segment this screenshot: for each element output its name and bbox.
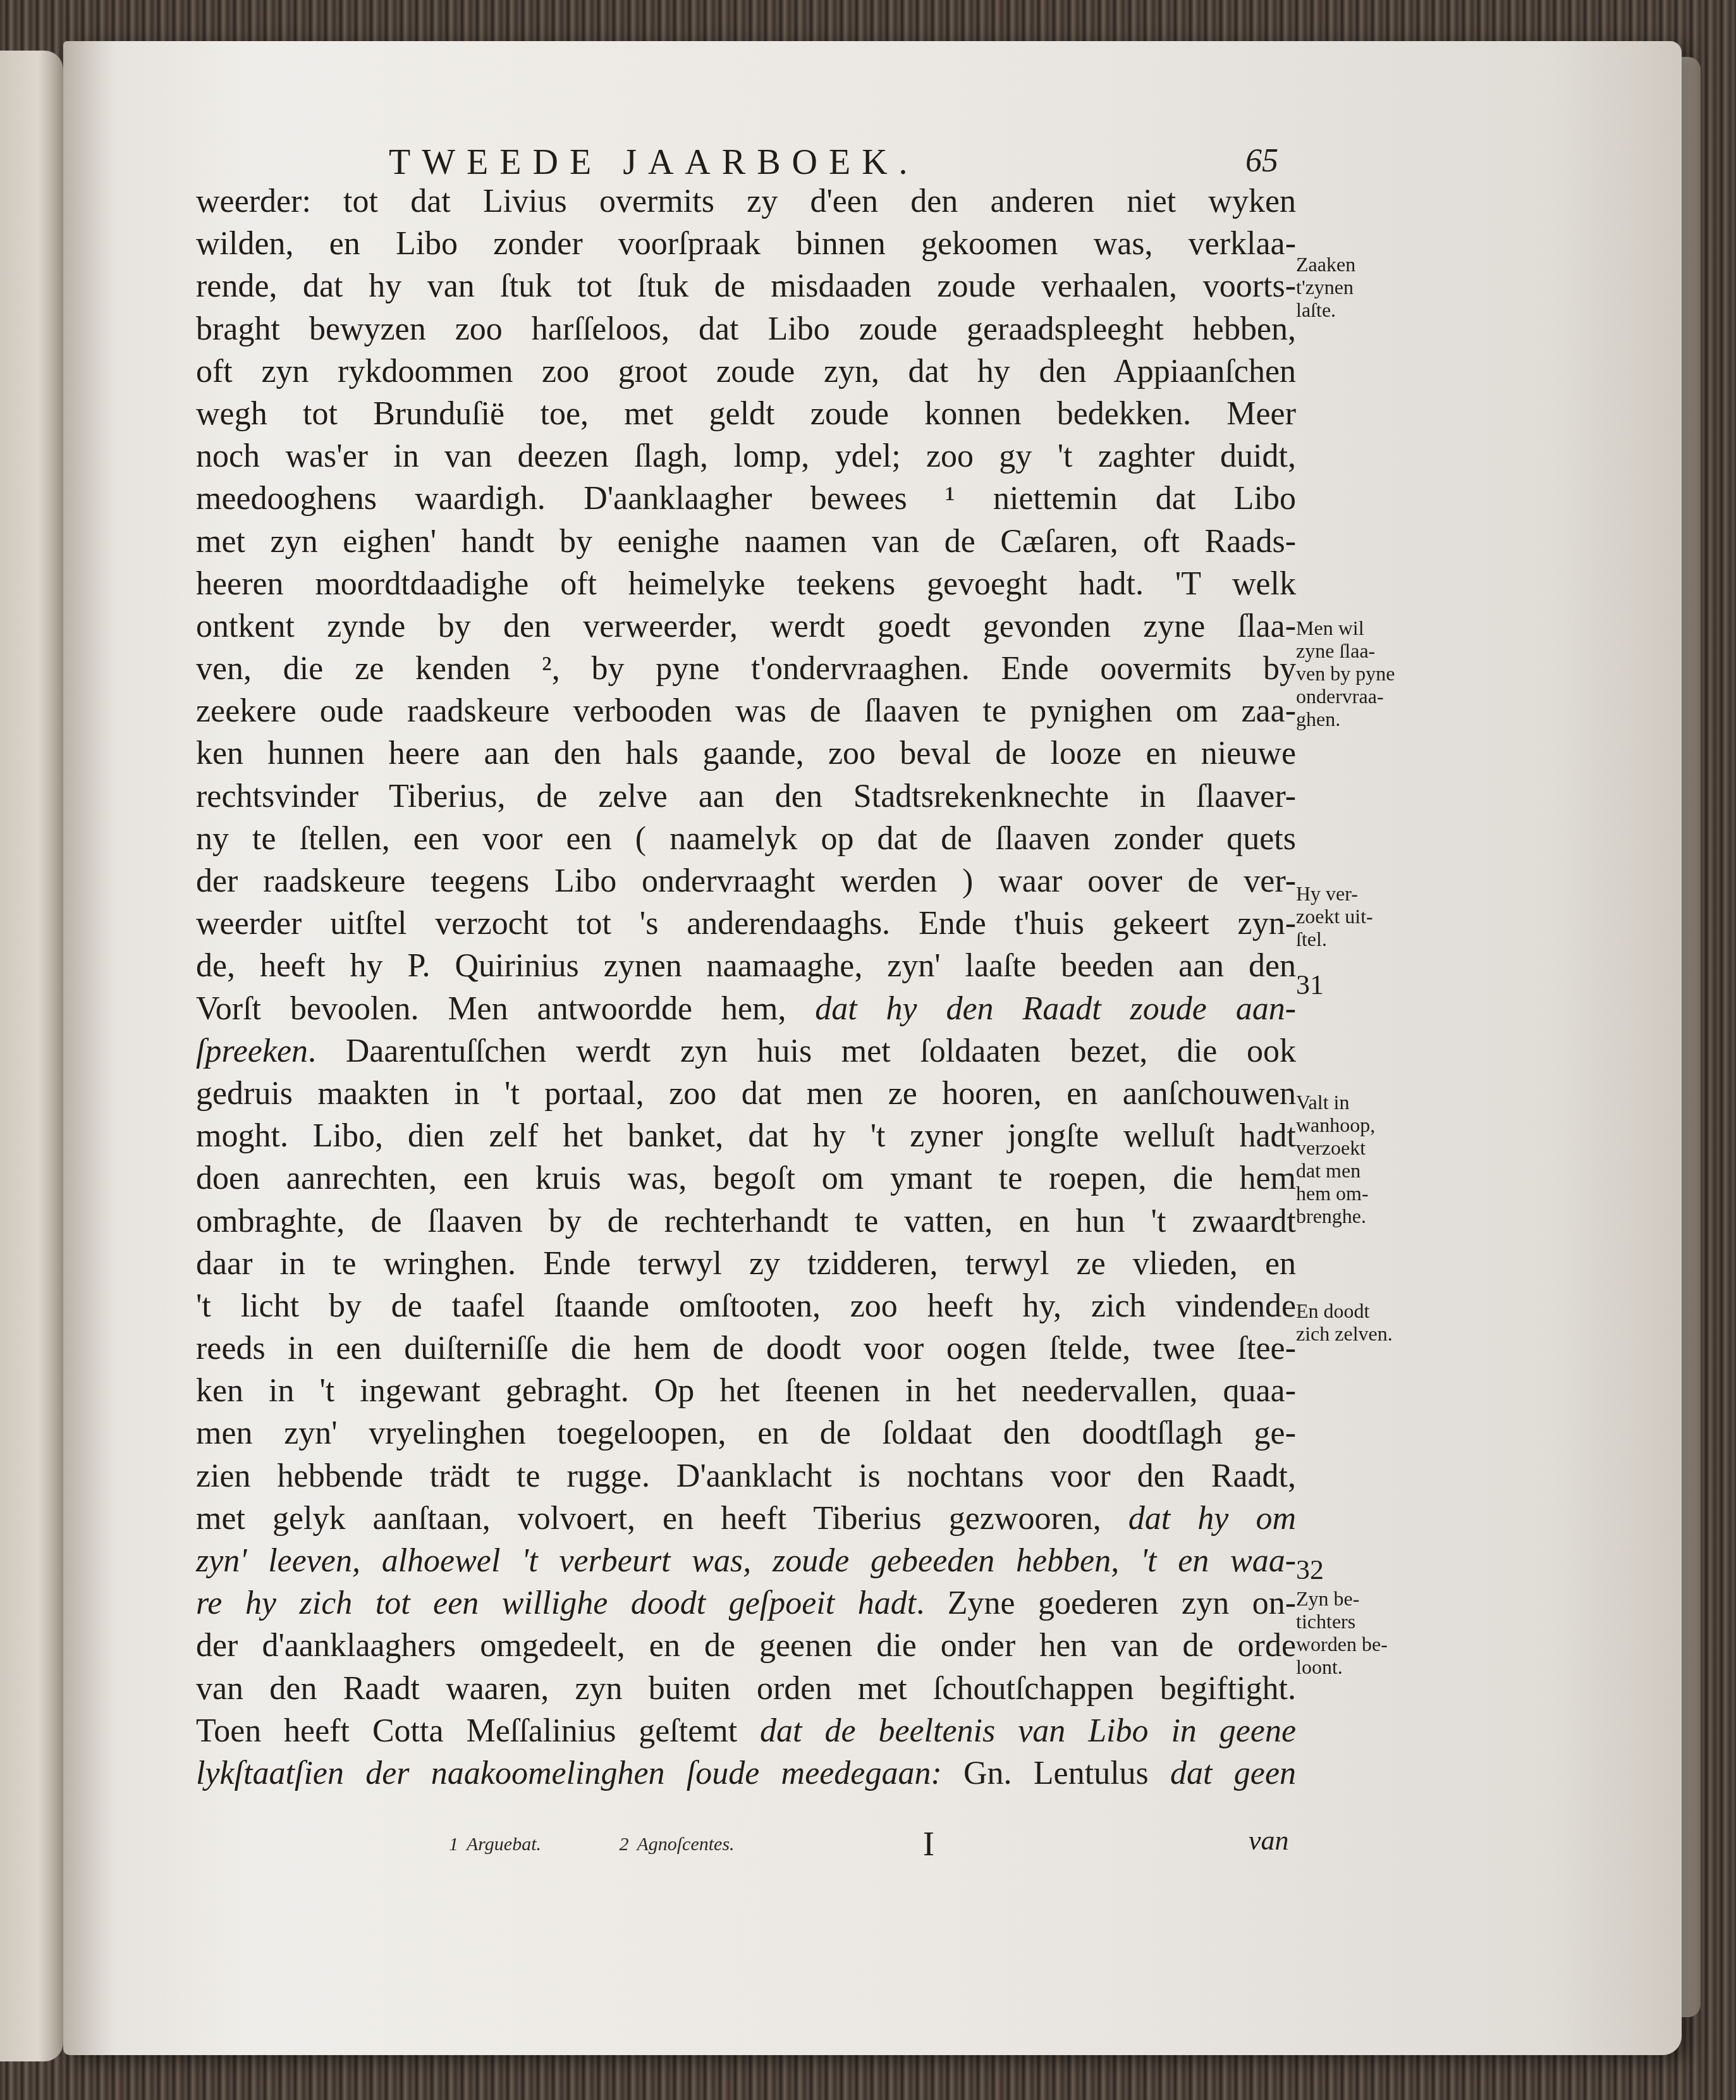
text-line: wilden, en Libo zonder voorſpraak binnen… (196, 223, 1296, 265)
section-number: 31 (1296, 974, 1324, 997)
margin-note: Hy ver-zoekt uit-ſtel. (1296, 882, 1373, 950)
text-line: gedruis maakten in 't portaal, zoo dat m… (196, 1072, 1296, 1115)
text-line: ſpreeken. Daarentuſſchen werdt zyn huis … (196, 1030, 1296, 1072)
text-line: lykſtaatſien der naakoomelinghen ſoude m… (196, 1752, 1296, 1795)
margin-note: Zaakent'zynenlaſte. (1296, 253, 1355, 321)
text-line: oft zyn rykdoommen zoo groot zoude zyn, … (196, 350, 1296, 393)
text-line: braght bewyzen zoo harſſeloos, dat Libo … (196, 308, 1296, 350)
text-line: ny te ſtellen, een voor een ( naamelyk o… (196, 818, 1296, 860)
text-line: meedooghens waardigh. D'aanklaagher bewe… (196, 477, 1296, 520)
text-line: ombraghte, de ſlaaven by de rechterhandt… (196, 1200, 1296, 1243)
text-line: 't licht by de taafel ſtaande omſtooten,… (196, 1285, 1296, 1327)
text-line: ven, die ze kenden ², by pyne t'ondervra… (196, 648, 1296, 690)
text-line: zeekere oude raadskeure verbooden was de… (196, 690, 1296, 732)
text-line: der raadskeure teegens Libo ondervraaght… (196, 860, 1296, 902)
text-line: daar in te wringhen. Ende terwyl zy tzid… (196, 1243, 1296, 1285)
text-line: weerder uitſtel verzocht tot 's anderend… (196, 902, 1296, 945)
body-text: weerder: tot dat Livius overmits zy d'ee… (196, 180, 1296, 1795)
text-line: noch was'er in van deezen ſlagh, lomp, y… (196, 435, 1296, 477)
text-line: met zyn eighen' handt by eenighe naamen … (196, 520, 1296, 563)
footnotes: 1 Arguebat. 2 Agnoſcentes. (449, 1834, 804, 1855)
text-line: de, heeft hy P. Quirinius zynen naamaagh… (196, 945, 1296, 987)
text-line: ken in 't ingewant gebraght. Op het ſtee… (196, 1370, 1296, 1412)
text-line: zyn' leeven, alhoewel 't verbeurt was, z… (196, 1540, 1296, 1582)
running-head: TWEEDE JAARBOEK. 65 (196, 142, 1296, 180)
text-line: re hy zich tot een willighe doodt geſpoe… (196, 1582, 1296, 1624)
signature-mark: I (923, 1824, 934, 1864)
margin-note: Men wilzyne ſlaa-ven by pyneondervraa-gh… (1296, 617, 1395, 730)
text-line: heeren moordtdaadighe oft heimelyke teek… (196, 563, 1296, 605)
text-line: rende, dat hy van ſtuk tot ſtuk de misda… (196, 265, 1296, 307)
catchword: van (1249, 1824, 1289, 1857)
text-line: men zyn' vryelinghen toegeloopen, en de … (196, 1412, 1296, 1454)
text-line: ken hunnen heere aan den hals gaande, zo… (196, 732, 1296, 775)
facing-page-edge (0, 51, 63, 2061)
text-line: van den Raadt waaren, zyn buiten orden m… (196, 1667, 1296, 1710)
page-text-block: TWEEDE JAARBOEK. 65 weerder: tot dat Liv… (196, 142, 1296, 1795)
text-line: der d'aanklaaghers omgedeelt, en de geen… (196, 1624, 1296, 1667)
text-line: zien hebbende trädt te rugge. D'aanklach… (196, 1455, 1296, 1497)
section-number: 32 (1296, 1559, 1324, 1581)
page-number: 65 (1245, 142, 1278, 180)
footnote-2: 2 Agnoſcentes. (620, 1834, 735, 1855)
running-head-title: TWEEDE JAARBOEK. (389, 143, 919, 182)
text-line: ontkent zynde by den verweerder, werdt g… (196, 605, 1296, 648)
margin-note: Valt inwanhoop,verzoektdat menhem om-bre… (1296, 1091, 1375, 1227)
text-line: Vorſt bevoolen. Men antwoordde hem, dat … (196, 988, 1296, 1030)
text-line: rechtsvinder Tiberius, de zelve aan den … (196, 775, 1296, 818)
footnote-1: 1 Arguebat. (449, 1834, 541, 1855)
text-line: doen aanrechten, een kruis was, begoſt o… (196, 1157, 1296, 1200)
margin-note: En doodtzich zelven. (1296, 1299, 1393, 1345)
text-line: Toen heeft Cotta Meſſalinius geſtemt dat… (196, 1710, 1296, 1752)
text-line: wegh tot Brunduſië toe, met geldt zoude … (196, 393, 1296, 435)
text-line: met gelyk aanſtaan, volvoert, en heeft T… (196, 1497, 1296, 1540)
text-line: reeds in een duiſterniſſe die hem de doo… (196, 1327, 1296, 1370)
text-line: weerder: tot dat Livius overmits zy d'ee… (196, 180, 1296, 223)
text-line: moght. Libo, dien zelf het banket, dat h… (196, 1115, 1296, 1157)
margin-note: Zyn be-tichtersworden be-loont. (1296, 1587, 1388, 1678)
